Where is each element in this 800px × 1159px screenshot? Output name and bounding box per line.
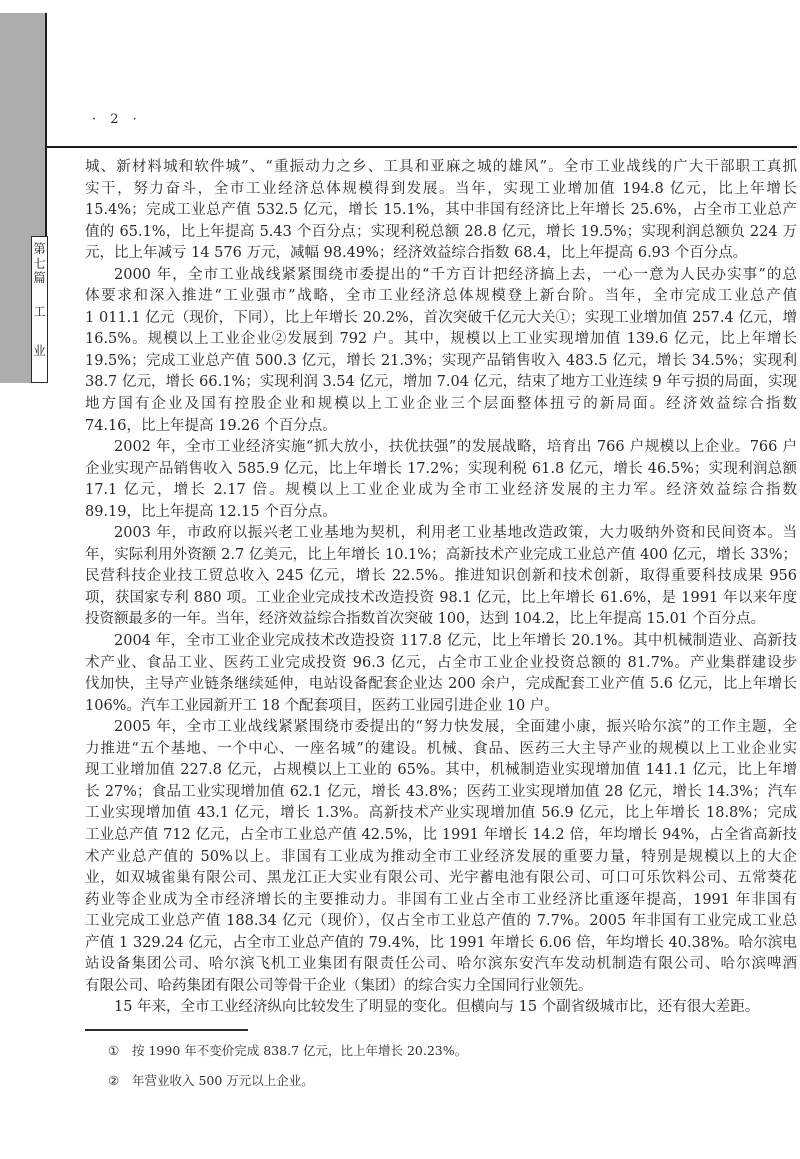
text-line: 药业等企业成为全市经济增长的主要推动力。非国有工业占全市工业经济比重逐年提高，1… — [85, 890, 797, 912]
text-line: 工业完成工业总产值 188.34 亿元（现价），仅占全市工业总产值的 7.7%。… — [85, 911, 797, 933]
text-line: 106%。汽车工业园新开工 18 个配套项目，医药工业园引进企业 10 户。 — [85, 696, 797, 718]
paragraph: 2000 年，全市工业战线紧紧围绕市委提出的“千方百计把经济搞上去，一心一意为人… — [85, 265, 797, 437]
text-line: 术产业、食品工业、医药工业完成投资 96.3 亿元，占全市工业企业投资总额的 8… — [85, 653, 797, 675]
text-line: 2000 年，全市工业战线紧紧围绕市委提出的“千方百计把经济搞上去，一心一意为人… — [85, 265, 797, 287]
chapter-part-label: 第七篇 — [32, 242, 47, 286]
text-line: 年，实际利用外资额 2.7 亿美元，比上年增长 10.1%；高新技术产业完成工业… — [85, 545, 797, 567]
text-line: 城、新材料城和软件城”、“重振动力之乡、工具和亚麻之城的雄风”。全市工业战线的广… — [85, 157, 797, 179]
footnotes: ①按 1990 年不变价完成 838.7 亿元，比上年增长 20.23%。②年营… — [108, 1036, 768, 1096]
paragraph: 2002 年，全市工业经济实施“抓大放小，扶优扶强”的发展战略，培育出 766 … — [85, 437, 797, 523]
text-line: 站设备集团公司、哈尔滨飞机工业集团有限责任公司、哈尔滨东安汽车发动机制造有限公司… — [85, 954, 797, 976]
text-line: 力推进“五个基地、一个中心、一座名城”的建设。机械、食品、医药三大主导产业的规模… — [85, 739, 797, 761]
text-line: 术产业总产值的 50%以上。非国有工业成为推动全市工业经济发展的重要力量，特别是… — [85, 847, 797, 869]
paragraph: 2003 年，市政府以振兴老工业基地为契机，利用老工业基地改造政策，大力吸纳外资… — [85, 523, 797, 631]
footnote-marker: ② — [108, 1066, 132, 1096]
text-line: 2004 年，全市工业企业完成技术改造投资 117.8 亿元，比上年增长 20.… — [85, 631, 797, 653]
footnote-text: 年营业收入 500 万元以上企业。 — [132, 1073, 314, 1088]
text-line: 现工业增加值 227.8 亿元，占规模以上工业的 65%。其中，机械制造业实现增… — [85, 760, 797, 782]
book-page: 第七篇 工 业 · 2 · 城、新材料城和软件城”、“重振动力之乡、工具和亚麻之… — [0, 0, 800, 1159]
text-line: 项，获国家专利 880 项。工业企业完成技术改造投资 98.1 亿元，比上年增长… — [85, 588, 797, 610]
text-line: 实干，努力奋斗，全市工业经济总体规模得到发展。当年，实现工业增加值 194.8 … — [85, 179, 797, 201]
text-line: 有限公司、哈药集团有限公司等骨干企业（集团）的综合实力全国同行业领先。 — [85, 976, 797, 998]
text-line: 38.7 亿元，增长 66.1%；实现利润 3.54 亿元，增加 7.04 亿元… — [85, 372, 797, 394]
header-rule — [47, 146, 797, 148]
footnote-text: 按 1990 年不变价完成 838.7 亿元，比上年增长 20.23%。 — [132, 1043, 467, 1058]
chapter-tab: 第七篇 工 业 — [31, 236, 48, 383]
text-line: 元，比上年减亏 14 576 万元，减幅 98.49%；经济效益综合指数 68.… — [85, 243, 797, 265]
text-line: 74.16，比上年提高 19.26 个百分点。 — [85, 416, 797, 438]
text-line: 2002 年，全市工业经济实施“抓大放小，扶优扶强”的发展战略，培育出 766 … — [85, 437, 797, 459]
body-text: 城、新材料城和软件城”、“重振动力之乡、工具和亚麻之城的雄风”。全市工业战线的广… — [85, 157, 797, 1019]
chapter-subject-char: 业 — [32, 344, 47, 358]
paragraph: 2004 年，全市工业企业完成技术改造投资 117.8 亿元，比上年增长 20.… — [85, 631, 797, 717]
text-line: 业，如双城雀巢有限公司、黑龙江正大实业有限公司、光宇蓄电池有限公司、可口可乐饮料… — [85, 868, 797, 890]
text-line: 工业总产值 712 亿元，占全市工业总产值 42.5%，比 1991 年增长 1… — [85, 825, 797, 847]
text-line: 地方国有企业及国有控股企业和规模以上工业企业三个层面整体扭亏的新局面。经济效益综… — [85, 394, 797, 416]
text-line: 15.4%；完成工业总产值 532.5 亿元，增长 15.1%，其中非国有经济比… — [85, 200, 797, 222]
text-line: 企业实现产品销售收入 585.9 亿元，比上年增长 17.2%；实现利税 61.… — [85, 459, 797, 481]
text-line: 16.5%。规模以上工业企业②发展到 792 户。其中，规模以上工业实现增加值 … — [85, 329, 797, 351]
footnote-row: ①按 1990 年不变价完成 838.7 亿元，比上年增长 20.23%。 — [108, 1036, 768, 1066]
footnote-row: ②年营业收入 500 万元以上企业。 — [108, 1066, 768, 1096]
text-line: 值的 65.1%，比上年提高 5.43 个百分点；实现利税总额 28.8 亿元，… — [85, 222, 797, 244]
footnote-marker: ① — [108, 1036, 132, 1066]
paragraph: 城、新材料城和软件城”、“重振动力之乡、工具和亚麻之城的雄风”。全市工业战线的广… — [85, 157, 797, 265]
footnote-divider — [85, 1029, 248, 1031]
text-line: 19.5%；完成工业总产值 500.3 亿元，增长 21.3%；实现产品销售收入… — [85, 351, 797, 373]
text-line: 2003 年，市政府以振兴老工业基地为契机，利用老工业基地改造政策，大力吸纳外资… — [85, 523, 797, 545]
text-line: 产值 1 329.24 亿元，占全市工业总产值的 79.4%，比 1991 年增… — [85, 933, 797, 955]
text-line: 投资额最多的一年。当年，经济效益综合指数首次突破 100，达到 104.2，比上… — [85, 609, 797, 631]
text-line: 工业实现增加值 43.1 亿元，增长 1.3%。高新技术产业实现增加值 56.9… — [85, 803, 797, 825]
text-line: 89.19，比上年提高 12.15 个百分点。 — [85, 502, 797, 524]
text-line: 长 27%；食品工业实现增加值 62.1 亿元，增长 43.8%；医药工业实现增… — [85, 782, 797, 804]
text-line: 17.1 亿元，增长 2.17 倍。规模以上工业企业成为全市工业经济发展的主力军… — [85, 480, 797, 502]
paragraph: 15 年来，全市工业经济纵向比较发生了明显的变化。但横向与 15 个副省级城市比… — [85, 997, 797, 1019]
text-line: 民营科技企业技工贸总收入 245 亿元，增长 22.5%。推进知识创新和技术创新… — [85, 566, 797, 588]
text-line: 15 年来，全市工业经济纵向比较发生了明显的变化。但横向与 15 个副省级城市比… — [85, 997, 797, 1019]
text-line: 体要求和深入推进“工业强市”战略，全市工业经济总体规模登上新台阶。当年，全市完成… — [85, 286, 797, 308]
text-line: 2005 年，全市工业战线紧紧围绕市委提出的“努力快发展，全面建小康，振兴哈尔滨… — [85, 717, 797, 739]
page-number: · 2 · — [92, 112, 139, 127]
paragraph: 2005 年，全市工业战线紧紧围绕市委提出的“努力快发展，全面建小康，振兴哈尔滨… — [85, 717, 797, 997]
text-line: 1 011.1 亿元（现价，下同），比上年增长 20.2%，首次突破千亿元大关①… — [85, 308, 797, 330]
chapter-subject-char: 工 — [32, 305, 47, 319]
text-line: 伐加快，主导产业链条继续延伸，电站设备配套企业达 200 余户，完成配套工业产值… — [85, 674, 797, 696]
